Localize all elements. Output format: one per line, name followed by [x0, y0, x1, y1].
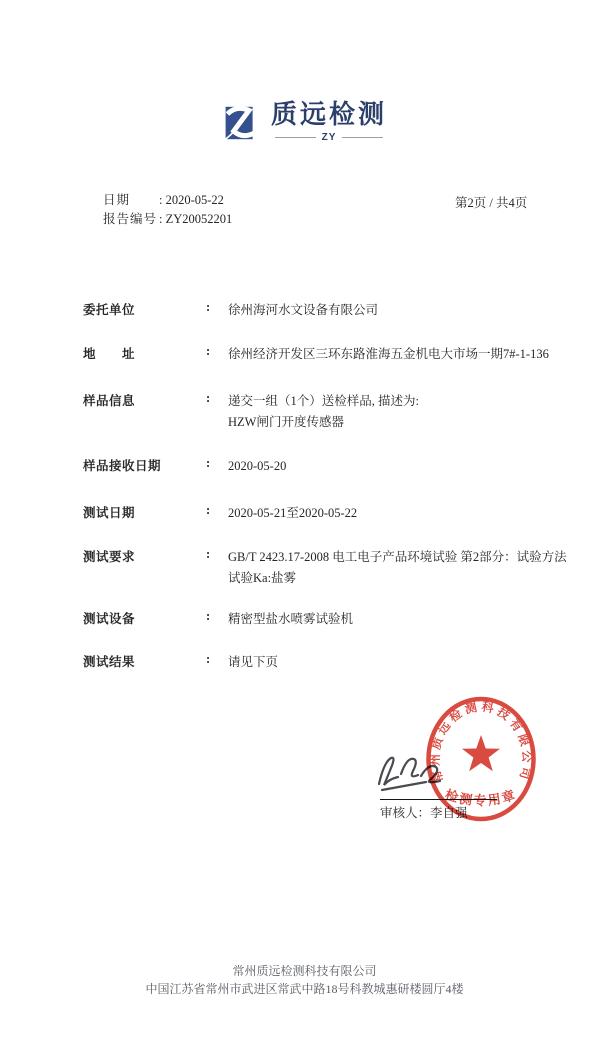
date-row: 日期 : 2020-05-22 — [103, 191, 232, 210]
logo-dash-right — [342, 137, 383, 138]
logo-text-block: 质远检测 ZY — [271, 100, 387, 143]
page-number: 第2页 / 共4页 — [455, 193, 527, 211]
field-label: 地 址 — [83, 344, 206, 365]
field-colon: : — [206, 609, 228, 630]
field-label: 样品信息 — [83, 391, 206, 433]
field-colon: : — [206, 391, 228, 433]
footer-company: 常州质远检测科技有限公司 — [0, 962, 609, 980]
field-row-test-date: 测试日期 : 2020-05-21至2020-05-22 — [83, 503, 580, 524]
field-label: 测试日期 — [83, 503, 206, 524]
field-label: 测试要求 — [83, 547, 206, 589]
field-value: 2020-05-21至2020-05-22 — [228, 503, 580, 524]
field-value: 徐州经济开发区三环东路淮海五金机电大市场一期7#-1-136 — [228, 344, 580, 365]
field-colon: : — [206, 344, 228, 365]
field-row-address: 地 址 : 徐州经济开发区三环东路淮海五金机电大市场一期7#-1-136 — [83, 344, 580, 365]
report-meta: 日期 : 2020-05-22 报告编号 : ZY20052201 — [103, 191, 232, 229]
field-colon: : — [206, 456, 228, 477]
logo-name: 质远检测 — [271, 100, 387, 130]
date-label: 日期 — [103, 191, 159, 210]
report-no-value: : ZY20052201 — [159, 210, 232, 229]
report-footer: 常州质远检测科技有限公司 中国江苏省常州市武进区常武中路18号科教城惠研楼圆厅4… — [0, 962, 609, 998]
field-label: 测试结果 — [83, 652, 206, 673]
field-row-test-requirement: 测试要求 : GB/T 2423.17-2008 电工电子产品环境试验 第2部分… — [83, 547, 580, 589]
field-label: 测试设备 — [83, 609, 206, 630]
logo-abbr: ZY — [322, 132, 337, 143]
company-logo: 质远检测 ZY — [0, 100, 609, 144]
field-label: 样品接收日期 — [83, 456, 206, 477]
reviewer-label: 审核人： — [380, 806, 430, 820]
test-report-page: 质远检测 ZY 日期 : 2020-05-22 报告编号 : ZY2005220… — [0, 0, 609, 1060]
seal-caption-text: 检测专用章 — [443, 787, 518, 808]
logo-dash-left — [275, 137, 316, 138]
svg-text:检测专用章: 检测专用章 — [443, 787, 518, 808]
footer-address: 中国江苏省常州市武进区常武中路18号科教城惠研楼圆厅4楼 — [0, 980, 609, 998]
field-value-line2: HZW闸门开度传感器 — [228, 412, 580, 433]
field-colon: : — [206, 547, 228, 589]
field-value: 2020-05-20 — [228, 456, 580, 477]
logo-subtitle: ZY — [271, 132, 387, 143]
field-row-client: 委托单位 : 徐州海河水文设备有限公司 — [83, 300, 580, 321]
report-no-label: 报告编号 — [103, 210, 159, 229]
company-seal: 常州质远检测科技有限公司 检测专用章 — [424, 695, 538, 825]
report-no-row: 报告编号 : ZY20052201 — [103, 210, 232, 229]
field-row-test-equipment: 测试设备 : 精密型盐水喷雾试验机 — [83, 609, 580, 630]
field-value-line1: 递交一组（1个）送检样品, 描述为: — [228, 391, 580, 412]
field-value: 徐州海河水文设备有限公司 — [228, 300, 580, 321]
field-colon: : — [206, 300, 228, 321]
date-value: : 2020-05-22 — [159, 191, 224, 210]
field-row-test-result: 测试结果 : 请见下页 — [83, 652, 580, 673]
field-value: 精密型盐水喷雾试验机 — [228, 609, 580, 630]
field-value-line1: GB/T 2423.17-2008 电工电子产品环境试验 第2部分：试验方法 — [228, 547, 580, 568]
field-colon: : — [206, 503, 228, 524]
field-row-sample-info: 样品信息 : 递交一组（1个）送检样品, 描述为: HZW闸门开度传感器 — [83, 391, 580, 433]
field-colon: : — [206, 652, 228, 673]
field-value-line2: 试验Ka:盐雾 — [228, 568, 580, 589]
seal-star-icon — [462, 735, 500, 771]
field-row-sample-received-date: 样品接收日期 : 2020-05-20 — [83, 456, 580, 477]
field-label: 委托单位 — [83, 300, 206, 321]
logo-z-icon — [222, 102, 258, 144]
field-value: 请见下页 — [228, 652, 580, 673]
